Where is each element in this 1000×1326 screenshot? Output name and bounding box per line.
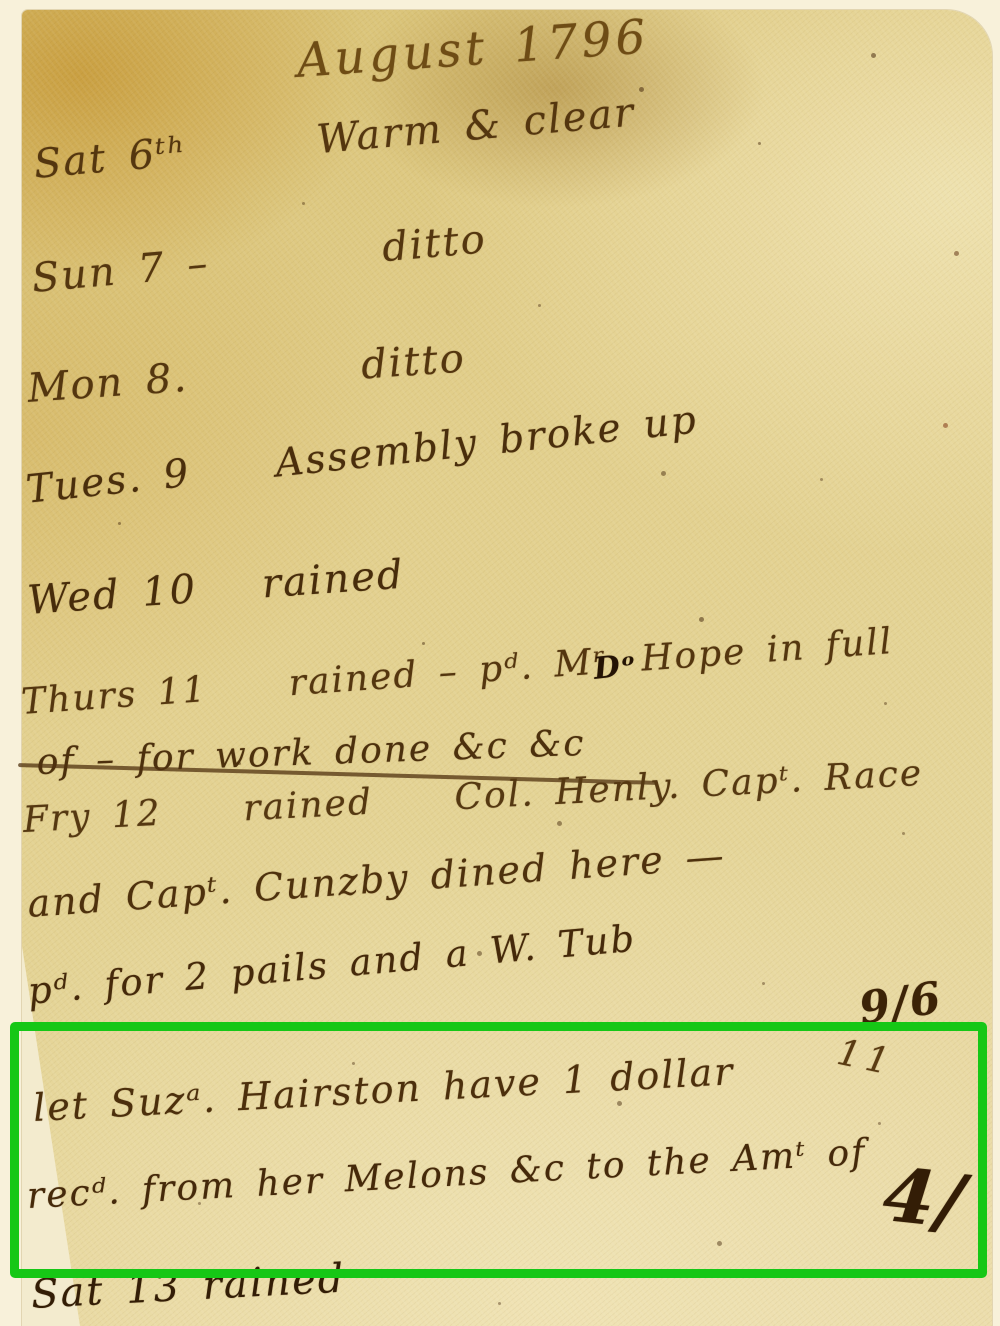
document-scan: August 1796 Sat 6ᵗʰ Warm & clear Sun 7 –… (0, 0, 1000, 1326)
foxing-specks (0, 0, 3, 3)
annotation-highlight-box (10, 1022, 987, 1278)
ditto-abbreviation-mark: Dᵒ (592, 647, 639, 686)
